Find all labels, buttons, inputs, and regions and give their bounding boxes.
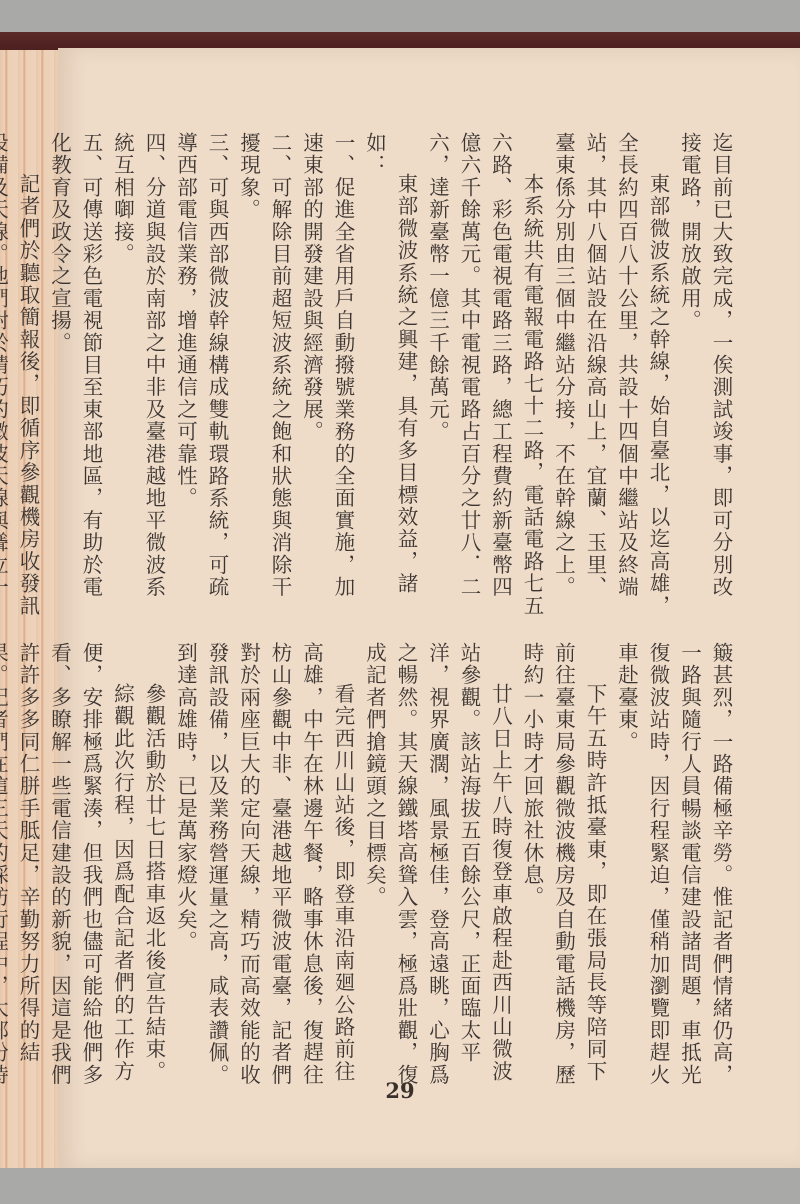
paragraph: 下午五時許抵臺東，即在張局長等陪同下前往臺東局參觀微波機房及自動電話機房，歷時約… [516,642,611,1092]
list-item: 二、可解除目前超短波系統之飽和狀態與消除干擾現象。 [232,132,295,618]
paragraph: 東部微波系統之幹線，始自臺北，以迄高雄，全長約四百八十公里，共設十四個中繼站及終… [547,132,673,618]
list-item: 五、可傳送彩色電視節目至東部地區，有助於電化教育及政令之宣揚。 [43,132,106,618]
paragraph: 綜觀此次行程，因爲配合記者們的工作方便，安排極爲緊湊，但我們也儘可能給他們多看、… [0,642,138,1092]
top-text-block: 迄目前已大致完成，一俟測試竣事，即可分別改接電路，開放啟用。 東部微波系統之幹線… [116,132,736,618]
paragraph: 簸甚烈，一路備極辛勞。惟記者們情緒仍高，一路與隨行人員暢談電信建設諸問題，車抵光… [610,642,736,1092]
list-item: 三、可與西部微波幹線構成雙軌環路系統，可疏導西部電信業務，增進通信之可靠性。 [169,132,232,618]
paragraph: 廿八日上午八時復登車啟程赴西川山微波站參觀。該站海拔五百餘公尺，正面臨太平洋，視… [358,642,516,1092]
paragraph: 看完西川山站後，即登車沿南廻公路前往高雄，中午在林邊午餐，略事休息後，復趕往枋山… [169,642,358,1092]
paragraph: 東部微波系統之興建，具有多目標效益，諸如： [358,132,421,618]
paragraph: 參觀活動於廿七日搭車返北後宣告結束。 [138,642,170,1092]
list-item: 一、促進全省用戶自動撥號業務的全面實施，加速東部的開發建設與經濟發展。 [295,132,358,618]
paragraph: 本系統共有電報電路七十二路，電話電路七五六路、彩色電視電路三路，總工程費約新臺幣… [421,132,547,618]
list-item: 四、分道與設於南部之中非及臺港越地平微波系統互相啣接。 [106,132,169,618]
background-surface [0,1168,800,1204]
page-number: 29 [0,1078,800,1103]
paragraph: 記者們於聽取簡報後，即循序參觀機房收發訊設備及天線。他們對於精巧的微波天線與聳立… [0,132,43,618]
bottom-text-block: 簸甚烈，一路備極辛勞。惟記者們情緒仍高，一路與隨行人員暢談電信建設諸問題，車抵光… [116,642,736,1092]
paragraph: 迄目前已大致完成，一俟測試竣事，即可分別改接電路，開放啟用。 [673,132,736,618]
